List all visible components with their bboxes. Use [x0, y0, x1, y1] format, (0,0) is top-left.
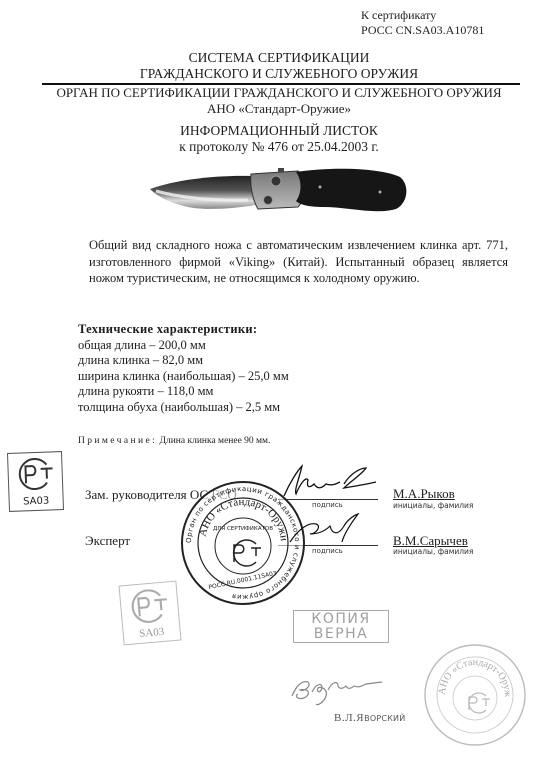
svg-text:АНО «Стандарт-Оружие»: АНО «Стандарт-Оружие» [420, 640, 513, 697]
signatory-name: М.А.Рыков [393, 486, 455, 502]
rst-code: SA03 [123, 625, 180, 642]
rst-code: SA03 [10, 495, 63, 508]
signature-rykov [280, 462, 380, 502]
certification-body-header: ОРГАН ПО СЕРТИФИКАЦИИ ГРАЖДАНСКОГО И СЛУ… [0, 85, 558, 117]
signatory-role: Эксперт [85, 533, 130, 549]
technical-specifications: Технические характеристики: общая длина … [78, 322, 289, 415]
description-text: Общий вид складного ножа с автоматически… [45, 237, 508, 287]
note-text: Длина клинка менее 90 мм. [159, 436, 270, 446]
note-label: Примечание: [78, 436, 157, 446]
faded-seal-text: АНО «Стандарт-Оружие» [420, 640, 513, 697]
copy-stamp-line2: ВЕРНА [294, 627, 388, 642]
note: Примечание: Длина клинка менее 90 мм. [78, 435, 270, 447]
certificate-reference-label: К сертификату [361, 8, 484, 23]
copy-signer-name: В.Л.ЯВОРСКИЙ [334, 712, 405, 724]
signature-label: подпись [312, 547, 343, 555]
spec-item: общая длина – 200,0 мм [78, 338, 289, 354]
sheet-title: ИНФОРМАЦИОННЫЙ ЛИСТОК [0, 123, 558, 139]
faded-official-seal: АНО «Стандарт-Оружие» [420, 640, 530, 750]
organ-title-line2: АНО «Стандарт-Оружие» [0, 101, 558, 117]
copy-signer-initials: В.Л.Я [334, 712, 364, 724]
rst-logo-icon [14, 456, 55, 491]
certificate-reference: К сертификату РОСС CN.SA03.A10781 [361, 8, 484, 38]
spec-item: ширина клинка (наибольшая) – 25,0 мм [78, 369, 289, 385]
system-title-line1: СИСТЕМА СЕРТИФИКАЦИИ [0, 50, 558, 66]
rst-certification-mark: SA03 [7, 451, 64, 512]
spec-item: длина клинка – 82,0 мм [78, 353, 289, 369]
signature-label: подпись [312, 501, 343, 509]
rst-certification-mark-faded: SA03 [118, 581, 181, 646]
protocol-reference: к протоколу № 476 от 25.04.2003 г. [0, 139, 558, 155]
rst-logo-icon [126, 586, 171, 626]
copy-signer-surname: ВОРСКИЙ [364, 714, 405, 723]
name-label: инициалы, фамилия [393, 501, 473, 510]
certification-system-header: СИСТЕМА СЕРТИФИКАЦИИ ГРАЖДАНСКОГО И СЛУЖ… [0, 50, 558, 82]
organ-title-line1: ОРГАН ПО СЕРТИФИКАЦИИ ГРАЖДАНСКОГО И СЛУ… [0, 85, 558, 101]
certificate-number: РОСС CN.SA03.A10781 [361, 23, 484, 38]
specs-title: Технические характеристики: [78, 322, 289, 338]
spec-item: толщина обуха (наибольшая) – 2,5 мм [78, 400, 289, 416]
seal-inner-text: ДЛЯ СЕРТИФИКАТОВ [213, 526, 273, 532]
copy-stamp-line1: КОПИЯ [294, 612, 388, 627]
copy-certified-stamp: КОПИЯ ВЕРНА [293, 610, 389, 643]
system-title-line2: ГРАЖДАНСКОГО И СЛУЖЕБНОГО ОРУЖИЯ [0, 66, 558, 82]
sheet-title-block: ИНФОРМАЦИОННЫЙ ЛИСТОК к протоколу № 476 … [0, 123, 558, 155]
product-description: Общий вид складного ножа с автоматически… [45, 237, 508, 287]
signature-sarychev [286, 512, 366, 546]
knife-photo [148, 165, 410, 217]
signature-copy-signer [288, 668, 388, 708]
spec-item: длина рукояти – 118,0 мм [78, 384, 289, 400]
name-label: инициалы, фамилия [393, 547, 473, 556]
